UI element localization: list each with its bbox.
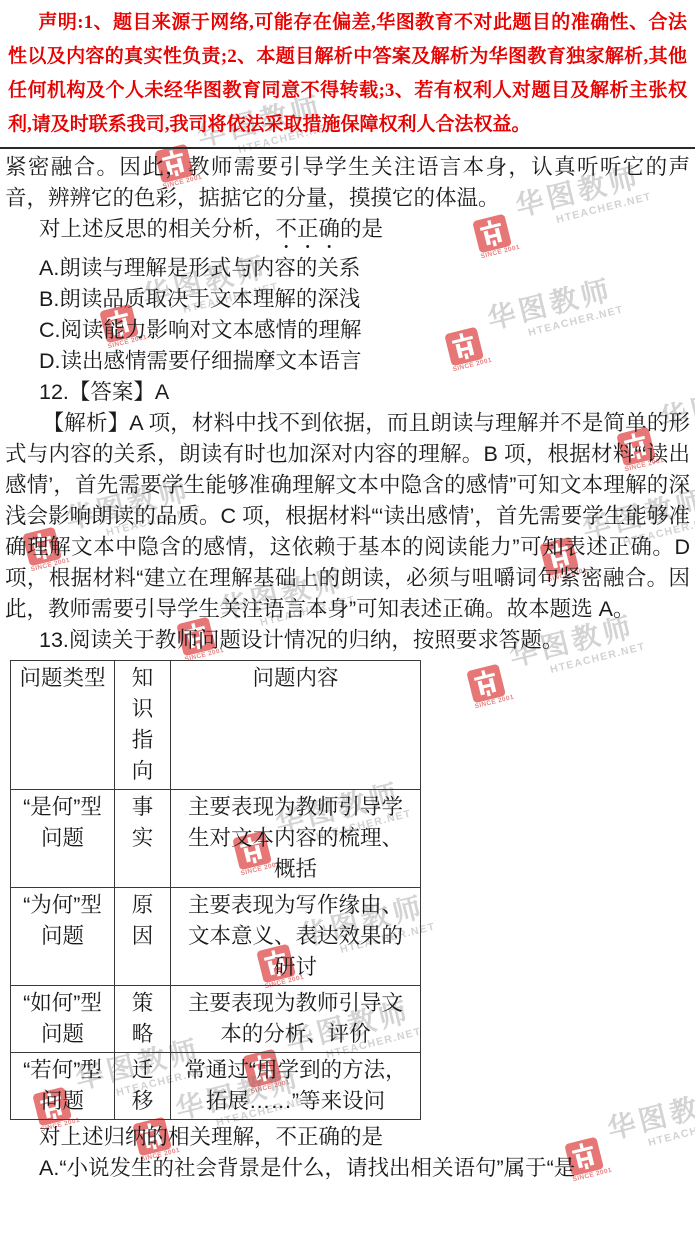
- row3-content: 主要表现为教师引导文本的分析、评价: [171, 986, 421, 1053]
- header-knowledge: 知识指向: [115, 661, 171, 790]
- row1-type: “是何”型问题: [11, 790, 115, 888]
- option-b: B.朗读品质取决于文本理解的深浅: [5, 284, 690, 315]
- disclaimer-label: 声明:: [38, 12, 83, 33]
- body-text-block: 紧密融合。因此，教师需要引导学生关注语言本身，认真听听它的声音，辨辨它的色彩，掂…: [0, 149, 695, 656]
- table-row: “是何”型问题 事实 主要表现为教师引导学生对文本内容的梳理、概括: [11, 790, 421, 888]
- option-c: C.阅读能力影响对文本感情的理解: [5, 315, 690, 346]
- stem-emphasis: 不正确: [276, 217, 341, 241]
- table-row: “若何”型问题 迁移 常通过“用学到的方法，拓展……”等来设问: [11, 1053, 421, 1120]
- question13-option-a: A.“小说发生的社会背景是什么，请找出相关语句”属于“是: [5, 1153, 690, 1184]
- disclaimer-body: 1、题目来源于网络,可能存在偏差,华图教育不对此题目的准确性、合法性以及内容的真…: [8, 12, 687, 135]
- row4-content: 常通过“用学到的方法，拓展……”等来设问: [171, 1053, 421, 1120]
- question12-stem: 对上述反思的相关分析，不正确的是: [5, 214, 690, 253]
- row2-content: 主要表现为写作缘由、文本意义、表达效果的研讨: [171, 888, 421, 986]
- row4-type: “若何”型问题: [11, 1053, 115, 1120]
- question-design-table: 问题类型 知识指向 问题内容 “是何”型问题 事实 主要表现为教师引导学生对文本…: [10, 660, 421, 1120]
- question13-followup-stem: 对上述归纳的相关理解，不正确的是: [5, 1122, 690, 1153]
- row3-knowledge: 策略: [115, 986, 171, 1053]
- row2-knowledge: 原因: [115, 888, 171, 986]
- table-row: “如何”型问题 策略 主要表现为教师引导文本的分析、评价: [11, 986, 421, 1053]
- option-d: D.读出感情需要仔细揣摩文本语言: [5, 346, 690, 377]
- table-header-row: 问题类型 知识指向 问题内容: [11, 661, 421, 790]
- row1-content: 主要表现为教师引导学生对文本内容的梳理、概括: [171, 790, 421, 888]
- row3-type: “如何”型问题: [11, 986, 115, 1053]
- question13-intro: 13.阅读关于教师问题设计情况的归纳，按照要求答题。: [5, 625, 690, 656]
- document-page: SINCE 2001 华图教师 HTEACHER.NET SINCE 2001 …: [0, 0, 695, 1246]
- stem-prefix: 对上述反思的相关分析，: [39, 217, 276, 241]
- row2-type: “为何”型问题: [11, 888, 115, 986]
- answer-line: 12.【答案】A: [5, 377, 690, 408]
- footer-block: 对上述归纳的相关理解，不正确的是 A.“小说发生的社会背景是什么，请找出相关语句…: [0, 1120, 695, 1184]
- passage-continuation: 紧密融合。因此，教师需要引导学生关注语言本身，认真听听它的声音，辨辨它的色彩，掂…: [5, 152, 690, 214]
- disclaimer-text: 声明:1、题目来源于网络,可能存在偏差,华图教育不对此题目的准确性、合法性以及内…: [8, 6, 687, 142]
- disclaimer-block: 声明:1、题目来源于网络,可能存在偏差,华图教育不对此题目的准确性、合法性以及内…: [0, 0, 695, 149]
- stem-suffix: 的是: [340, 217, 383, 241]
- table-row: “为何”型问题 原因 主要表现为写作缘由、文本意义、表达效果的研讨: [11, 888, 421, 986]
- header-content: 问题内容: [171, 661, 421, 790]
- row4-knowledge: 迁移: [115, 1053, 171, 1120]
- header-question-type: 问题类型: [11, 661, 115, 790]
- row1-knowledge: 事实: [115, 790, 171, 888]
- analysis-paragraph: 【解析】A 项，材料中找不到依据，而且朗读与理解并不是简单的形式与内容的关系，朗…: [5, 408, 690, 625]
- option-a: A.朗读与理解是形式与内容的关系: [5, 253, 690, 284]
- document-content: 声明:1、题目来源于网络,可能存在偏差,华图教育不对此题目的准确性、合法性以及内…: [0, 0, 695, 1184]
